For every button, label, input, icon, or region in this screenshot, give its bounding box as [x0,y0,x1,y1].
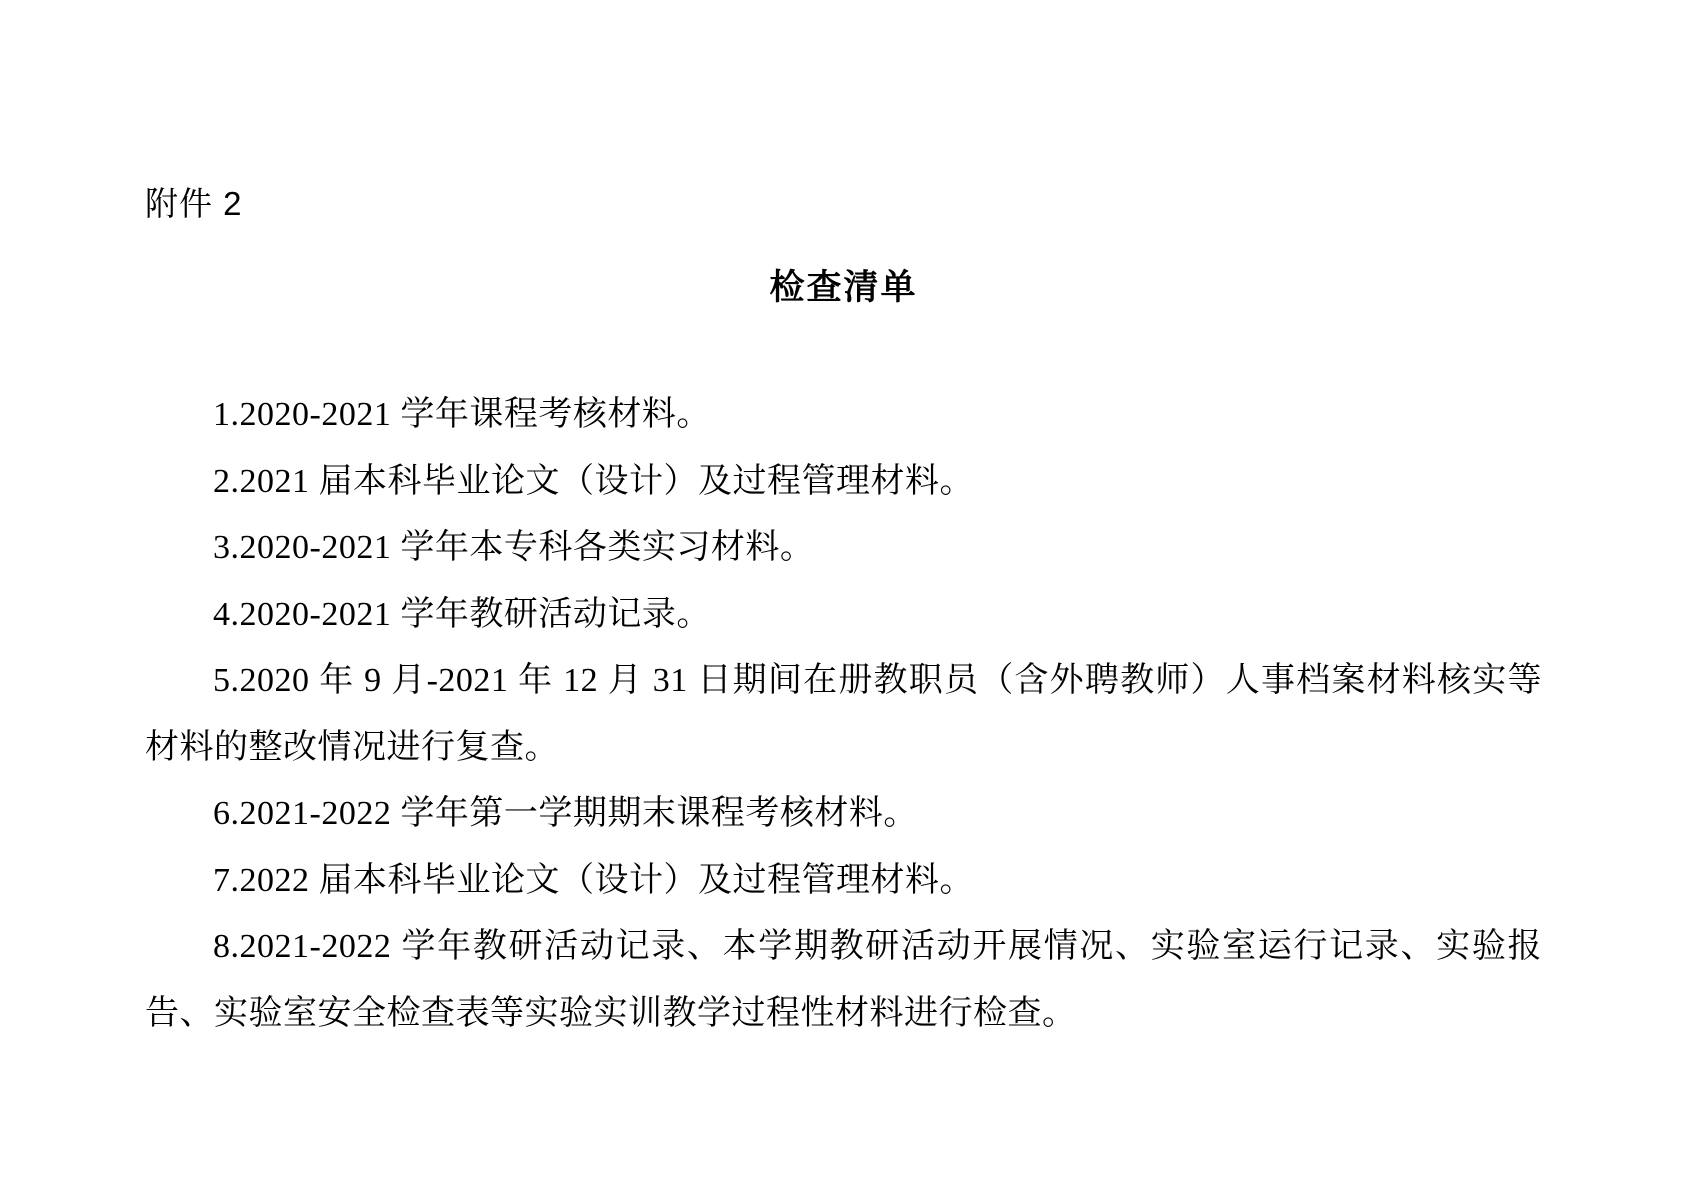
checklist: 1.2020-2021 学年课程考核材料。 2.2021 届本科毕业论文（设计）… [145,382,1542,1047]
document-page: 附件 2 检查清单 1.2020-2021 学年课程考核材料。 2.2021 届… [0,0,1684,1191]
list-item: 5.2020 年 9 月-2021 年 12 月 31 日期间在册教职员（含外聘… [145,648,1542,781]
list-item: 4.2020-2021 学年教研活动记录。 [145,582,1542,649]
list-item: 3.2020-2021 学年本专科各类实习材料。 [145,515,1542,582]
list-item: 1.2020-2021 学年课程考核材料。 [145,382,1542,449]
document-title: 检查清单 [145,268,1542,308]
attachment-label: 附件 2 [145,186,1542,222]
list-item: 8.2021-2022 学年教研活动记录、本学期教研活动开展情况、实验室运行记录… [145,914,1542,1047]
list-item: 2.2021 届本科毕业论文（设计）及过程管理材料。 [145,449,1542,516]
list-item: 6.2021-2022 学年第一学期期末课程考核材料。 [145,781,1542,848]
list-item: 7.2022 届本科毕业论文（设计）及过程管理材料。 [145,848,1542,915]
